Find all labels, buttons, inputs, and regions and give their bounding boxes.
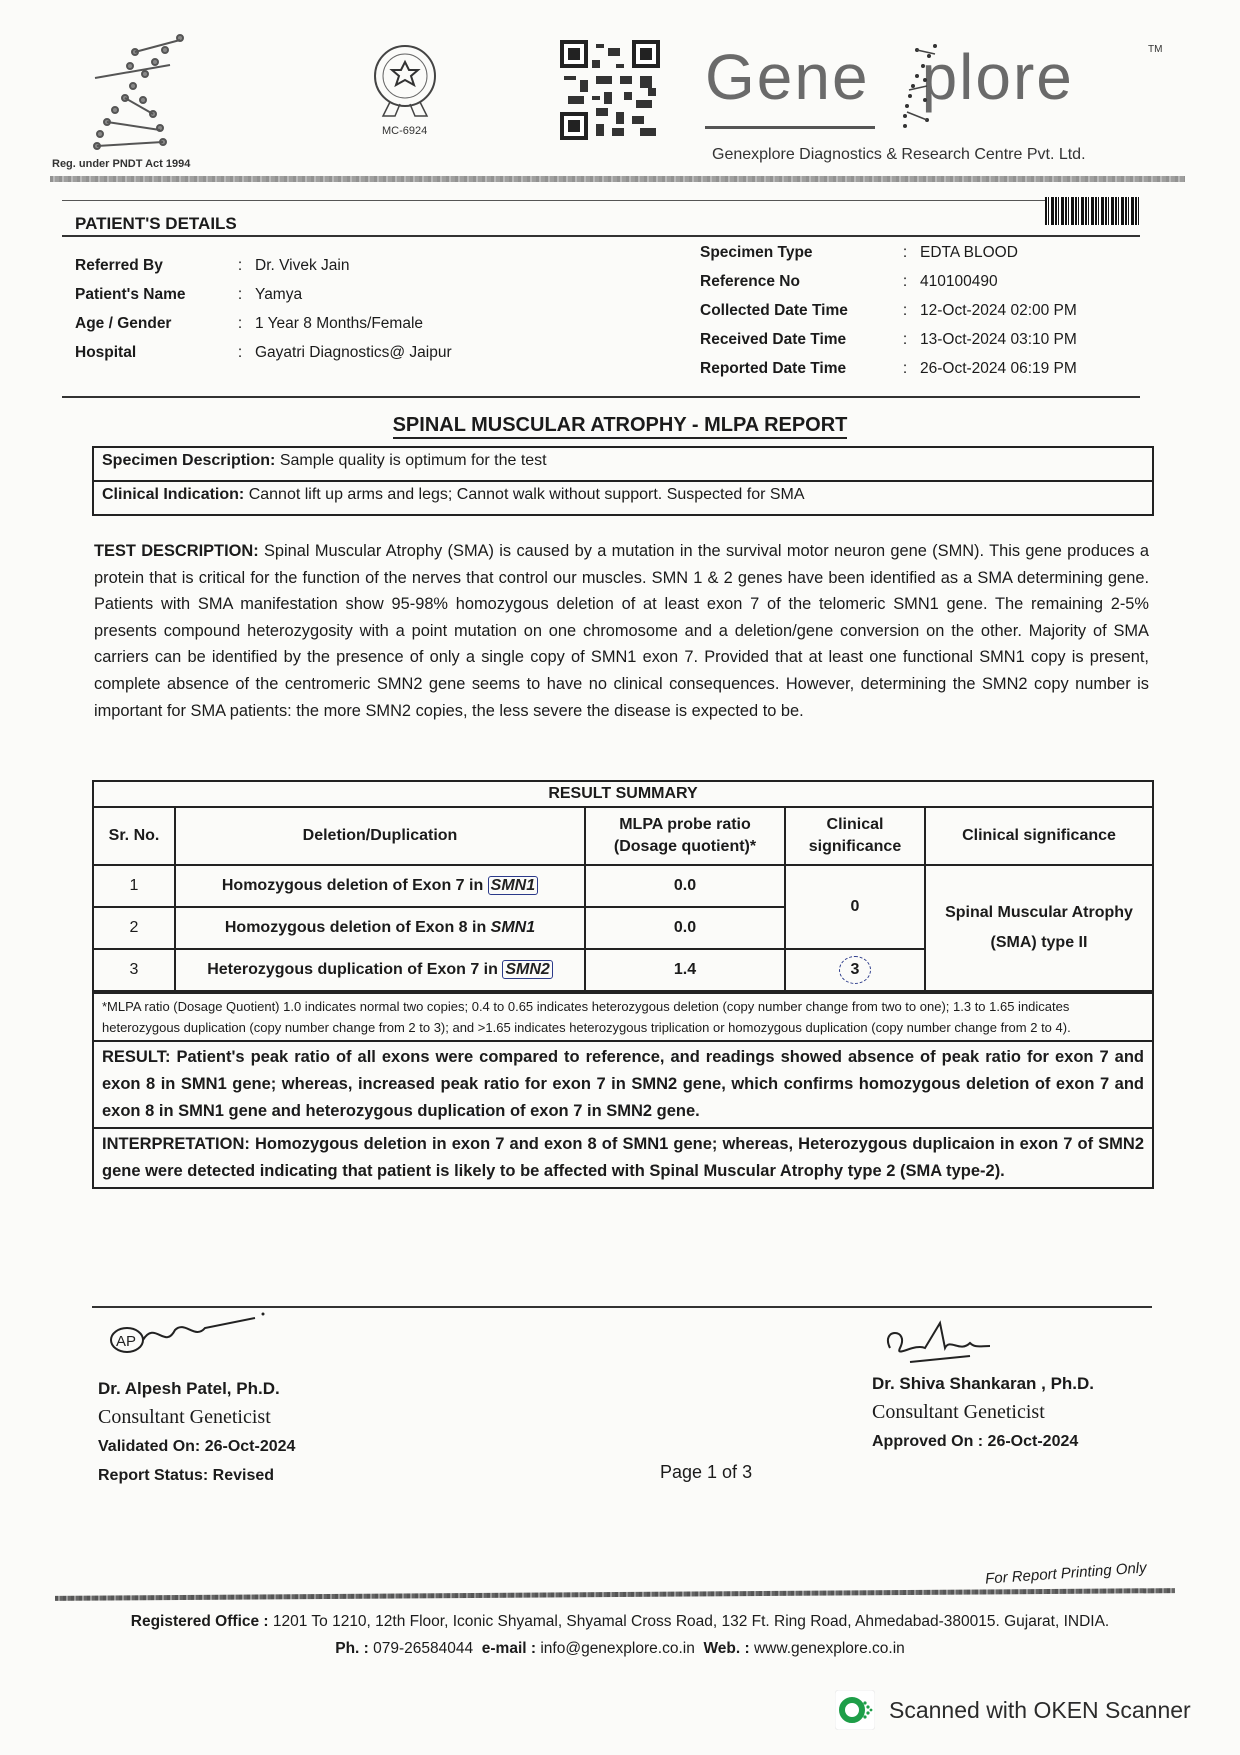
- clinical-indication: Clinical Indication: Cannot lift up arms…: [94, 480, 1152, 514]
- registered-office: Registered Office : 1201 To 1210, 12th F…: [0, 1608, 1240, 1635]
- result-summary-title: RESULT SUMMARY: [94, 782, 1152, 808]
- barcode: [1045, 197, 1140, 225]
- field-hospital: Hospital:Gayatri Diagnostics@ Jaipur: [75, 338, 452, 367]
- result-table: Sr. No. Deletion/Duplication MLPA probe …: [94, 808, 1152, 992]
- scanner-badge-text: Scanned with OKEN Scanner: [889, 1697, 1191, 1724]
- dna-helix-logo: [85, 30, 195, 155]
- print-note: For Report Printing Only: [985, 1559, 1148, 1587]
- footer-divider: [55, 1588, 1175, 1601]
- table-row: 1 Homozygous deletion of Exon 7 in SMN1 …: [94, 865, 1152, 907]
- field-patient-name: Patient's Name:Yamya: [75, 280, 452, 309]
- col-clinical-significance-2: Clinical significance: [925, 808, 1152, 865]
- divider: [62, 200, 1140, 201]
- website-link[interactable]: www.genexplore.co.in: [754, 1640, 905, 1657]
- gene-annotation: SMN1: [488, 876, 538, 895]
- company-name: Genexplore Diagnostics & Research Centre…: [712, 146, 1086, 164]
- mlpa-ratio: 1.4: [585, 949, 785, 991]
- seal-code: MC-6924: [382, 125, 427, 137]
- col-clinical-significance: Clinical significance: [785, 808, 925, 865]
- patient-details-left: Referred By:Dr. Vivek Jain Patient's Nam…: [75, 251, 452, 367]
- email-link[interactable]: info@genexplore.co.in: [540, 1640, 694, 1657]
- brand-dna-icon: [895, 40, 945, 135]
- section-title: PATIENT'S DETAILS: [75, 214, 237, 234]
- signature-shiva-shankaran: [880, 1308, 1000, 1368]
- oken-scanner-logo-icon: [835, 1690, 875, 1730]
- signatory-right: Dr. Shiva Shankaran , Ph.D. Consultant G…: [872, 1369, 1094, 1456]
- field-reported-date: Reported Date Time:26-Oct-2024 06:19 PM: [700, 354, 1077, 383]
- header-divider: [50, 176, 1185, 182]
- brand-logo-text: Geneplore: [705, 40, 1074, 114]
- field-age-gender: Age / Gender:1 Year 8 Months/Female: [75, 309, 452, 338]
- phone: 079-26584044: [373, 1640, 473, 1657]
- page-indicator: Page 1 of 3: [660, 1462, 752, 1483]
- pndt-registration-note: Reg. under PNDT Act 1994: [52, 158, 190, 170]
- accreditation-seal-icon: [365, 40, 445, 120]
- signatory-left: Dr. Alpesh Patel, Ph.D. Consultant Genet…: [98, 1374, 295, 1490]
- field-received-date: Received Date Time:13-Oct-2024 03:10 PM: [700, 325, 1077, 354]
- field-collected-date: Collected Date Time:12-Oct-2024 02:00 PM: [700, 296, 1077, 325]
- result-summary: RESULT SUMMARY Sr. No. Deletion/Duplicat…: [92, 780, 1154, 1189]
- diagnosis: Spinal Muscular Atrophy (SMA) type II: [925, 865, 1152, 991]
- footer-address: Registered Office : 1201 To 1210, 12th F…: [0, 1608, 1240, 1662]
- field-reference-no: Reference No:410100490: [700, 267, 1077, 296]
- mlpa-ratio: 0.0: [585, 907, 785, 949]
- mlpa-ratio: 0.0: [585, 865, 785, 907]
- brand-underline: [705, 126, 875, 129]
- gene-name: SMN1: [491, 919, 535, 936]
- table-header: Sr. No. Deletion/Duplication MLPA probe …: [94, 808, 1152, 865]
- test-description: TEST DESCRIPTION: Spinal Muscular Atroph…: [94, 538, 1149, 724]
- mlpa-footnote: *MLPA ratio (Dosage Quotient) 1.0 indica…: [94, 992, 1152, 1040]
- contact-line: Ph. : 079-26584044 e-mail : info@genexpl…: [0, 1635, 1240, 1662]
- divider: [62, 235, 1140, 237]
- interpretation-block: INTERPRETATION: Homozygous deletion in e…: [94, 1127, 1152, 1187]
- patient-details-right: Specimen Type:EDTA BLOOD Reference No:41…: [700, 238, 1077, 383]
- brand-left: Gene: [705, 41, 870, 113]
- result-block: RESULT: Patient's peak ratio of all exon…: [94, 1040, 1152, 1127]
- report-title: SPINAL MUSCULAR ATROPHY - MLPA REPORT: [0, 414, 1240, 437]
- copy-number-smn2: 3: [839, 956, 871, 984]
- trademark: TM: [1148, 44, 1162, 55]
- col-sr-no: Sr. No.: [94, 808, 175, 865]
- qr-code: [560, 40, 660, 140]
- copy-number-smn1: 0: [785, 865, 925, 949]
- divider: [62, 396, 1140, 398]
- field-specimen-type: Specimen Type:EDTA BLOOD: [700, 238, 1077, 267]
- col-mlpa-ratio: MLPA probe ratio (Dosage quotient)*: [585, 808, 785, 865]
- scanner-badge: Scanned with OKEN Scanner: [835, 1690, 1191, 1730]
- signature-alpesh-patel: AP: [105, 1310, 265, 1360]
- specimen-description: Specimen Description: Sample quality is …: [94, 448, 1152, 480]
- specimen-box: Specimen Description: Sample quality is …: [92, 446, 1154, 516]
- field-referred-by: Referred By:Dr. Vivek Jain: [75, 251, 452, 280]
- gene-annotation: SMN2: [502, 960, 552, 979]
- svg-text:AP: AP: [116, 1333, 136, 1350]
- col-deletion-duplication: Deletion/Duplication: [175, 808, 585, 865]
